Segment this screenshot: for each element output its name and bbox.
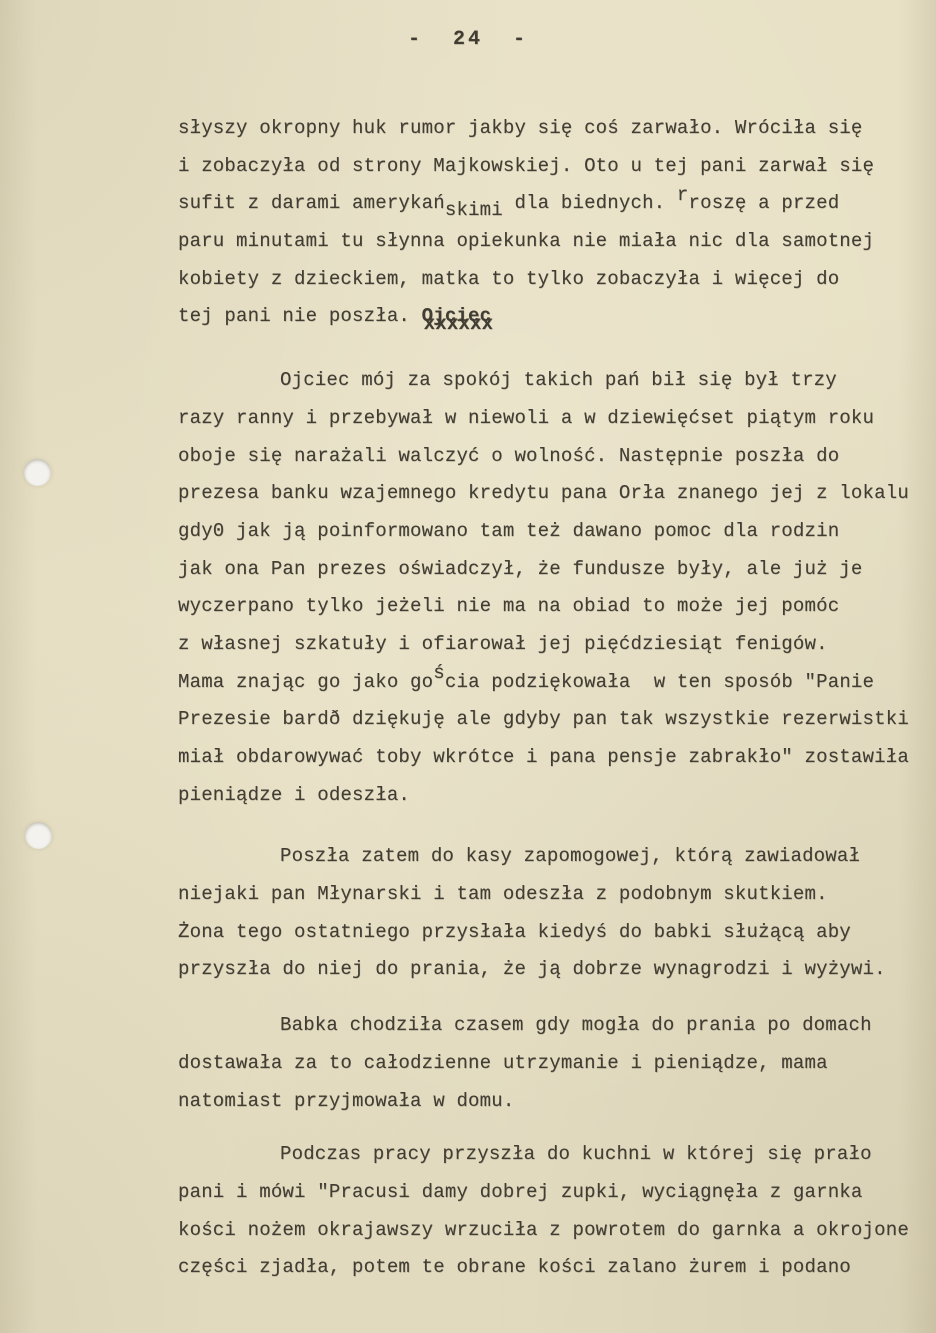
text-line: kości nożem okrajawszy wrzuciła z powrot… (178, 1212, 920, 1250)
text-line: Ojciec mój za spokój takich pań bił się … (178, 362, 920, 400)
text-segment: prezesa banku wzajemnego kredytu pana Or… (178, 482, 909, 504)
text-segment: dostawała za to całodzienne utrzymanie i… (178, 1052, 828, 1074)
text-segment: Podczas pracy przyszła do kuchni w które… (280, 1143, 872, 1165)
text-line: kobiety z dzieckiem, matka to tylko zoba… (178, 261, 920, 299)
text-segment: razy ranny i przebywał w niewoli a w dzi… (178, 407, 874, 429)
text-line: oboje się narażali walczyć o wolność. Na… (178, 438, 920, 476)
text-segment-sup: r (677, 184, 689, 206)
text-line: miał obdarowywać toby wkrótce i pana pen… (178, 739, 920, 777)
text-line: prezesa banku wzajemnego kredytu pana Or… (178, 475, 920, 513)
text-segment: niejaki pan Młynarski i tam odeszła z po… (178, 883, 828, 905)
text-segment: Prezesie bardð dziękuję ale gdyby pan ta… (178, 708, 909, 730)
text-line: słyszy okropny huk rumor jakby się coś z… (178, 110, 920, 148)
paragraph: Ojciec mój za spokój takich pań bił się … (178, 362, 920, 814)
text-segment: cia podziękowała w ten sposób "Panie (445, 671, 874, 693)
text-segment: słyszy okropny huk rumor jakby się coś z… (178, 117, 863, 139)
text-segment: paru minutami tu słynna opiekunka nie mi… (178, 230, 874, 252)
text-segment: przyszła do niej do prania, że ją dobrze… (178, 958, 886, 980)
paragraph: słyszy okropny huk rumor jakby się coś z… (178, 110, 920, 336)
text-line: pani i mówi "Pracusi damy dobrej zupki, … (178, 1174, 920, 1212)
text-segment: i zobaczyła od strony Majkowskiej. Oto u… (178, 155, 874, 177)
paragraph: Podczas pracy przyszła do kuchni w które… (178, 1136, 920, 1287)
text-line: niejaki pan Młynarski i tam odeszła z po… (178, 876, 920, 914)
text-segment: tej pani nie poszła. (178, 305, 422, 327)
text-line: natomiast przyjmowała w domu. (178, 1083, 920, 1121)
punch-hole-bottom (25, 822, 52, 849)
text-line: Podczas pracy przyszła do kuchni w które… (178, 1136, 920, 1174)
text-line: wyczerpano tylko jeżeli nie ma na obiad … (178, 588, 920, 626)
text-line: dostawała za to całodzienne utrzymanie i… (178, 1045, 920, 1083)
text-line: Prezesie bardð dziękuję ale gdyby pan ta… (178, 701, 920, 739)
punch-hole-top (24, 459, 51, 486)
text-segment: części zjadła, potem te obrane kości zal… (178, 1256, 851, 1278)
text-segment-sub: skimi (445, 199, 503, 221)
text-segment: Babka chodziła czasem gdy mogła do prani… (280, 1014, 872, 1036)
text-line: razy ranny i przebywał w niewoli a w dzi… (178, 400, 920, 438)
text-line: i zobaczyła od strony Majkowskiej. Oto u… (178, 148, 920, 186)
text-segment-sup: ś (433, 662, 445, 684)
text-line: jak ona Pan prezes oświadczył, że fundus… (178, 551, 920, 589)
text-segment: Żona tego ostatniego przysłała kiedyś do… (178, 921, 851, 943)
text-line: pieniądze i odeszła. (178, 777, 920, 815)
text-segment: miał obdarowywać toby wkrótce i pana pen… (178, 746, 909, 768)
text-line: Poszła zatem do kasy zapomogowej, którą … (178, 838, 920, 876)
text-segment: roszę a przed (689, 192, 840, 214)
struck-out-word: Ojciec (422, 305, 492, 327)
text-line: tej pani nie poszła. Ojciec (178, 298, 920, 336)
text-segment: kości nożem okrajawszy wrzuciła z powrot… (178, 1219, 909, 1241)
text-segment: Mama znając go jako go (178, 671, 433, 693)
text-line: sufit z darami amerykańskimi dla biednyc… (178, 185, 920, 223)
text-line: Żona tego ostatniego przysłała kiedyś do… (178, 914, 920, 952)
text-line: przyszła do niej do prania, że ją dobrze… (178, 951, 920, 989)
text-line: Babka chodziła czasem gdy mogła do prani… (178, 1007, 920, 1045)
paragraph: Poszła zatem do kasy zapomogowej, którą … (178, 838, 920, 989)
text-segment: wyczerpano tylko jeżeli nie ma na obiad … (178, 595, 839, 617)
text-segment: kobiety z dzieckiem, matka to tylko zoba… (178, 268, 839, 290)
text-segment: oboje się narażali walczyć o wolność. Na… (178, 445, 839, 467)
text-line: z własnej szkatuły i ofiarował jej pięćd… (178, 626, 920, 664)
text-segment: pieniądze i odeszła. (178, 784, 410, 806)
text-segment: pani i mówi "Pracusi damy dobrej zupki, … (178, 1181, 863, 1203)
text-segment: Ojciec mój za spokój takich pań bił się … (280, 369, 837, 391)
text-segment: z własnej szkatuły i ofiarował jej pięćd… (178, 633, 828, 655)
text-segment: gdy0 jak ją poinformowano tam też dawano… (178, 520, 839, 542)
scanned-typewritten-page: - 24 - słyszy okropny huk rumor jakby si… (0, 0, 936, 1333)
paragraph: Babka chodziła czasem gdy mogła do prani… (178, 1007, 920, 1120)
text-line: Mama znając go jako gościa podziękowała … (178, 664, 920, 702)
text-line: gdy0 jak ją poinformowano tam też dawano… (178, 513, 920, 551)
text-segment: Poszła zatem do kasy zapomogowej, którą … (280, 845, 860, 867)
page-number: - 24 - (0, 28, 936, 51)
text-line: paru minutami tu słynna opiekunka nie mi… (178, 223, 920, 261)
text-segment: natomiast przyjmowała w domu. (178, 1090, 514, 1112)
text-line: części zjadła, potem te obrane kości zal… (178, 1249, 920, 1287)
text-segment: sufit z darami amerykań (178, 192, 445, 214)
text-segment: dla biednych. (503, 192, 677, 214)
text-segment: jak ona Pan prezes oświadczył, że fundus… (178, 558, 863, 580)
document-body: słyszy okropny huk rumor jakby się coś z… (178, 110, 920, 1313)
